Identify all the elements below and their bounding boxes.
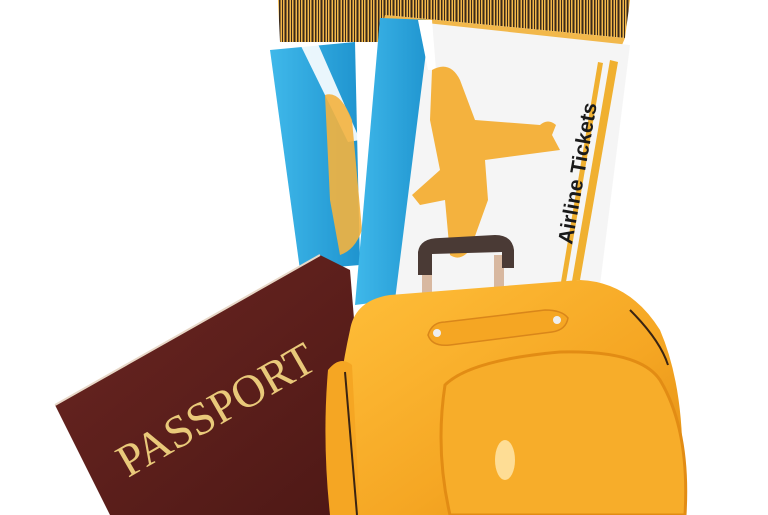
front-ticket: Airline Tickets [355,0,630,305]
travel-illustration: Airline Tickets PASSPORT [0,0,768,515]
suitcase [325,280,685,515]
passport: PASSPORT [55,255,370,515]
